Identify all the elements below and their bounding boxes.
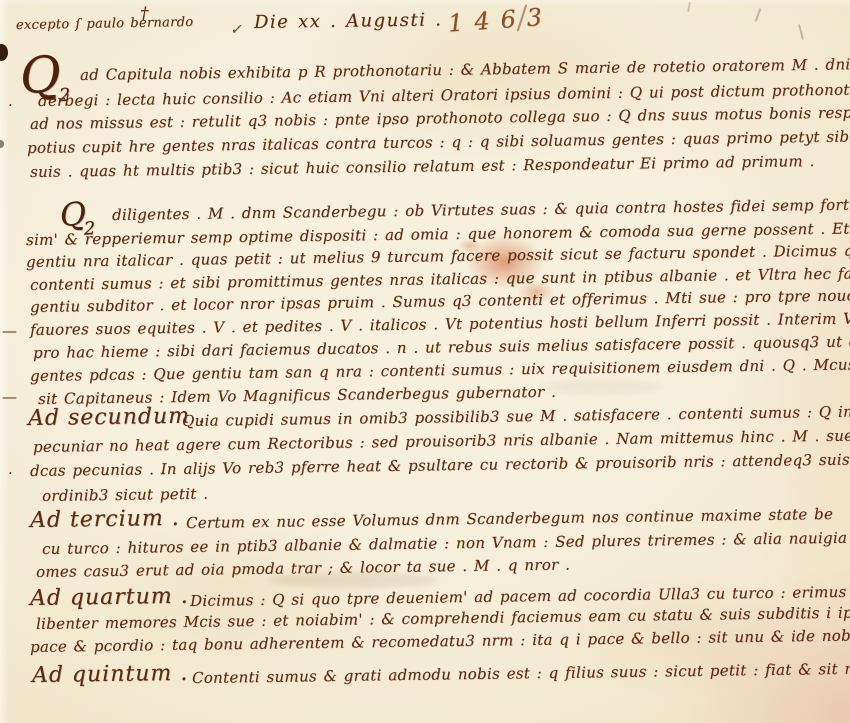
manuscript-line: Certum ex nuc esse Volumus dnm Scanderbe… (186, 505, 833, 532)
manuscript-page: excepto ſ paulo bernardo † ✓ Die xx . Au… (0, 0, 850, 723)
section-heading-ad-quintum: Ad quintum . (32, 661, 189, 688)
manuscript-line: diligentes . M . dnm Scanderbegu : ob Vi… (112, 194, 850, 224)
manuscript-line: Quia cupidi sumus in omib3 possibilib3 s… (182, 401, 850, 430)
manuscript-line: suis . quas ht multis ptib3 : sicut huic… (30, 152, 815, 181)
section-heading-ad-quartum: Ad quartum . (30, 584, 189, 611)
margin-dot: · (8, 464, 13, 482)
stray-pen-stroke (798, 24, 804, 40)
erased-text-smudge (268, 572, 438, 588)
manuscript-line: cu turco : hituros ee in ptib3 albanie &… (42, 528, 850, 558)
ink-blot (0, 44, 8, 61)
year-figure: 1463 (447, 2, 554, 37)
cross-mark-icon: † (140, 4, 149, 24)
faint-smudge (540, 380, 660, 394)
margin-dot: · (8, 96, 13, 114)
section-heading-ad-secundum: Ad secundum . (28, 404, 206, 431)
margin-note: excepto ſ paulo bernardo (16, 15, 194, 33)
margin-dash: — (2, 388, 17, 406)
margin-dash: — (2, 322, 17, 340)
date-heading: Die xx . Augusti . (254, 9, 443, 33)
check-mark-icon: ✓ (230, 22, 242, 38)
ink-blot (0, 140, 4, 148)
stray-pen-stroke (755, 8, 762, 22)
section-heading-ad-tercium: Ad tercium . (30, 506, 180, 533)
manuscript-line: ordinib3 sicut petit . (42, 485, 209, 505)
manuscript-line: ad Capitula nobis exhibita p R prothonot… (80, 55, 850, 84)
stray-pen-stroke (687, 2, 691, 12)
manuscript-line: Contenti sumus & grati admodu nobis est … (192, 659, 850, 687)
